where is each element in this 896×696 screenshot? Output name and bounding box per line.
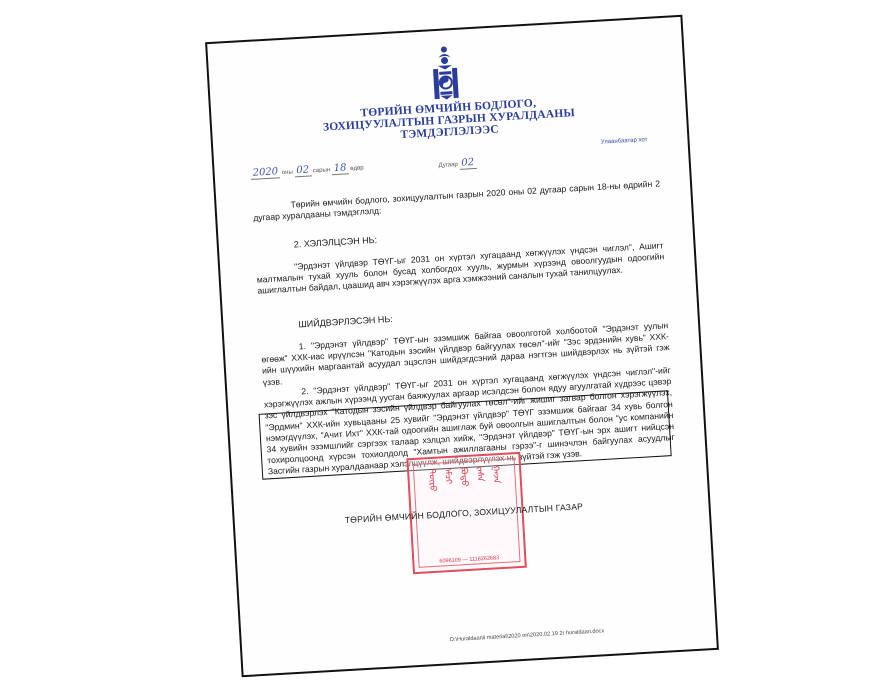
date-month: 02 [294,164,311,177]
soyombo-emblem-icon [424,43,467,105]
document-number: Дугаар 02 [438,157,476,170]
date-year-suffix: оны [282,169,293,176]
discussed-paragraph: "Эрдэнэт үйлдвэр ТӨҮГ-ыг 2031 он хүртэл … [256,240,665,297]
date-month-suffix: сарын [313,167,331,174]
discussed-heading: 2. ХЭЛЭЛЦСЭН НЬ: [294,235,378,250]
number-value: 02 [459,157,476,170]
file-path: D:\Huraldaanii material\2020 on\2020.02.… [450,628,605,643]
date-year: 2020 [250,166,280,180]
date-line: 2020 оны 02 сарын 18 өдөр [250,161,364,178]
decided-heading: ШИЙДВЭРЛЭСЭН НЬ: [298,314,393,329]
number-label: Дугаар [438,162,458,169]
date-day-suffix: өдөр [350,165,364,172]
date-day: 18 [331,162,348,175]
intro-paragraph: Төрийн өмчийн бодлого, зохицуулалтын газ… [252,178,661,224]
city-label: Улаанбаатар хот [601,137,648,146]
scanned-document-page: ТӨРИЙН ӨМЧИЙН БОДЛОГО, ЗОХИЦУУЛАЛТЫН ГАЗ… [205,15,719,677]
